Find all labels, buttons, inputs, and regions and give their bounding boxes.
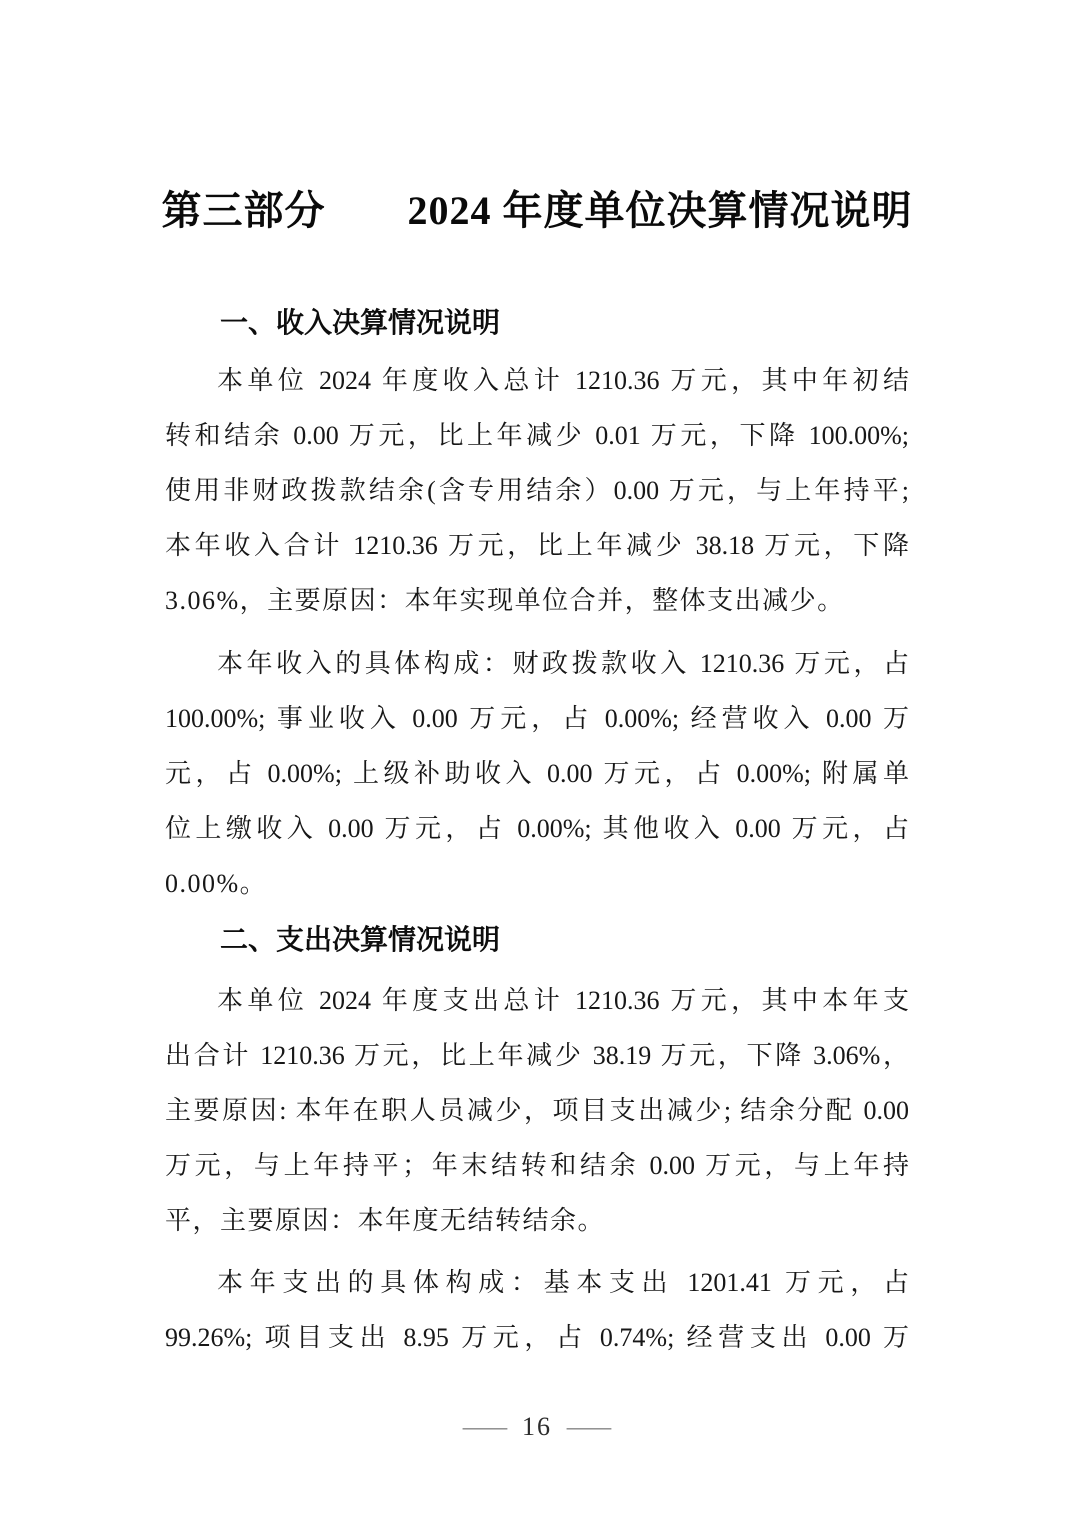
text-line: 3.06%，主要原因：本年实现单位合并，整体支出减少。 [165,573,909,628]
footer-dash-left: — [463,1409,507,1445]
paragraph-income-composition: 本年收入的具体构成：财政拨款收入 1210.36 万元，占 100.00%; 事… [165,636,909,911]
text-line: 出合计 1210.36 万元，比上年减少 38.19 万元，下降 3.06%， [165,1028,909,1083]
text-line: 100.00%; 事业收入 0.00 万元，占 0.00%; 经营收入 0.00… [165,691,909,746]
page-number: 16 [522,1409,552,1445]
paragraph-income-summary: 本单位 2024 年度收入总计 1210.36 万元，其中年初结 转和结余 0.… [165,353,909,628]
text-line: 0.00%。 [165,856,909,911]
text-column: 一、收入决算情况说明 本单位 2024 年度收入总计 1210.36 万元，其中… [165,0,909,1520]
section-heading-income: 一、收入决算情况说明 [165,306,909,340]
text-line: 99.26%; 项目支出 8.95 万元，占 0.74%; 经营支出 0.00 … [165,1310,909,1365]
text-line: 本年支出的具体构成：基本支出 1201.41 万元，占 [165,1255,909,1310]
page-footer: — 16 — [0,1409,1074,1445]
text-line: 本年收入的具体构成：财政拨款收入 1210.36 万元，占 [165,636,909,691]
text-line: 本年收入合计 1210.36 万元，比上年减少 38.18 万元，下降 [165,518,909,573]
text-line: 主要原因: 本年在职人员减少，项目支出减少; 结余分配 0.00 [165,1083,909,1138]
text-line: 本单位 2024 年度支出总计 1210.36 万元，其中本年支 [165,973,909,1028]
footer-dash-right: — [567,1409,611,1445]
text-line: 元，占 0.00%; 上级补助收入 0.00 万元，占 0.00%; 附属单 [165,746,909,801]
text-line: 本单位 2024 年度收入总计 1210.36 万元，其中年初结 [165,353,909,408]
paragraph-expenditure-composition: 本年支出的具体构成：基本支出 1201.41 万元，占 99.26%; 项目支出… [165,1255,909,1365]
section-heading-expenditure: 二、支出决算情况说明 [165,923,909,957]
text-line: 位上缴收入 0.00 万元，占 0.00%; 其他收入 0.00 万元，占 [165,801,909,856]
document-page: 第三部分 2024 年度单位决算情况说明 一、收入决算情况说明 本单位 2024… [0,0,1074,1520]
paragraph-expenditure-summary: 本单位 2024 年度支出总计 1210.36 万元，其中本年支 出合计 121… [165,973,909,1248]
text-line: 使用非财政拨款结余(含专用结余）0.00 万元，与上年持平; [165,463,909,518]
text-line: 万元，与上年持平；年末结转和结余 0.00 万元，与上年持 [165,1138,909,1193]
text-line: 平，主要原因：本年度无结转结余。 [165,1193,909,1248]
text-line: 转和结余 0.00 万元，比上年减少 0.01 万元，下降 100.00%; [165,408,909,463]
